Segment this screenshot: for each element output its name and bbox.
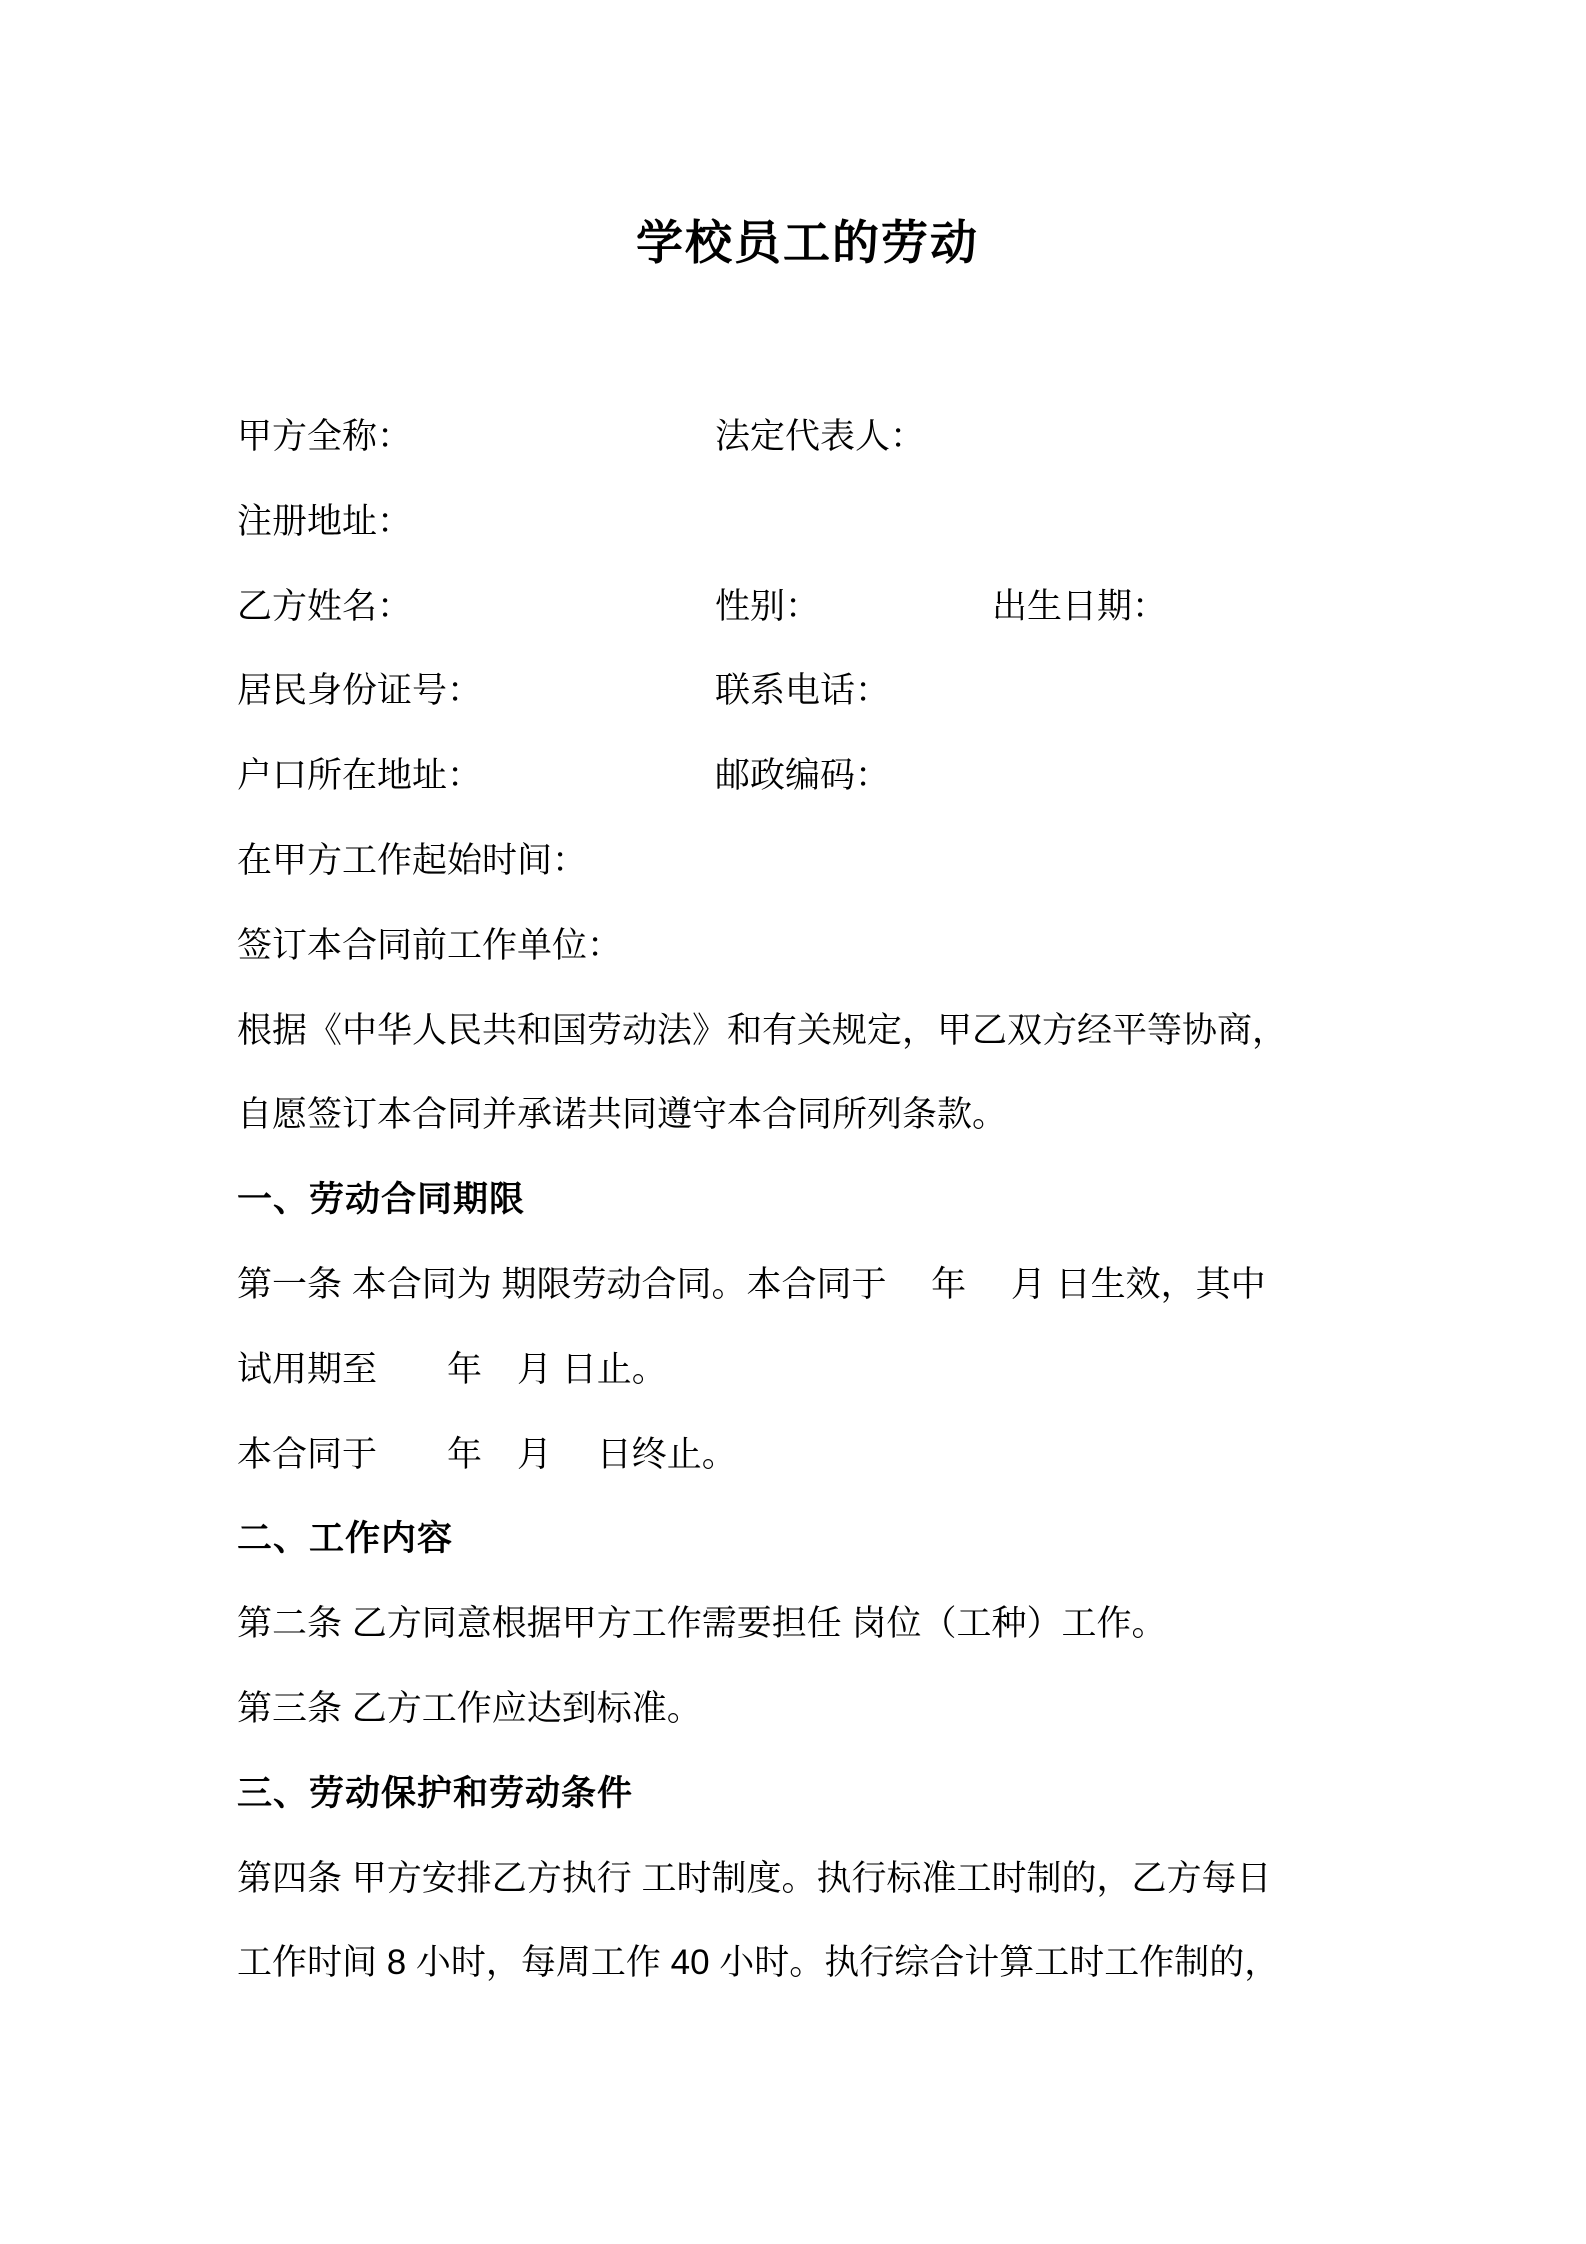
form-row-previous-employer: 签订本合同前工作单位： [237, 904, 1378, 989]
form-row-id-number: 居民身份证号：联系电话： [237, 649, 1378, 734]
field-label: 乙方姓名： [237, 565, 412, 650]
section-heading-1: 一、劳动合同期限 [237, 1158, 1378, 1243]
field-label: 法定代表人： [715, 395, 925, 480]
field-label: 出生日期： [992, 565, 1167, 650]
clause-4-line-2: 工作时间 8 小时，每周工作 40 小时。执行综合计算工时工作制的， [237, 1921, 1378, 2006]
preamble-line-2: 自愿签订本合同并承诺共同遵守本合同所列条款。 [237, 1073, 1378, 1158]
field-label: 居民身份证号： [237, 649, 482, 734]
preamble-line-1: 根据《中华人民共和国劳动法》和有关规定，甲乙双方经平等协商， [237, 989, 1378, 1074]
field-label: 邮政编码： [715, 734, 890, 819]
document-title: 学校员工的劳动 [237, 212, 1378, 274]
clause-1-line-1: 第一条 本合同为 期限劳动合同。本合同于 年 月 日生效，其中 [237, 1243, 1378, 1328]
clause-1-line-3: 本合同于 年 月 日终止。 [237, 1413, 1378, 1498]
field-label: 签订本合同前工作单位： [237, 904, 622, 989]
section-heading-2: 二、工作内容 [237, 1497, 1378, 1582]
section-heading-3: 三、劳动保护和劳动条件 [237, 1752, 1378, 1837]
field-label: 联系电话： [715, 649, 890, 734]
form-row-work-start-time: 在甲方工作起始时间： [237, 819, 1378, 904]
form-row-household-address: 户口所在地址：邮政编码： [237, 734, 1378, 819]
clause-4-line-1: 第四条 甲方安排乙方执行 工时制度。执行标准工时制的，乙方每日 [237, 1837, 1378, 1922]
field-label: 注册地址： [237, 480, 412, 565]
contract-document: 学校员工的劳动 甲方全称：法定代表人：注册地址：乙方姓名：性别：出生日期：居民身… [237, 0, 1378, 2006]
document-page: 学校员工的劳动 甲方全称：法定代表人：注册地址：乙方姓名：性别：出生日期：居民身… [0, 0, 1586, 2244]
form-row-party-a: 甲方全称：法定代表人： [237, 395, 1378, 480]
field-label: 户口所在地址： [237, 734, 482, 819]
form-row-registered-address: 注册地址： [237, 480, 1378, 565]
clause-1-line-2: 试用期至 年 月 日止。 [237, 1328, 1378, 1413]
clause-3-line-1: 第三条 乙方工作应达到标准。 [237, 1667, 1378, 1752]
form-row-party-b: 乙方姓名：性别：出生日期： [237, 565, 1378, 650]
clause-2-line-1: 第二条 乙方同意根据甲方工作需要担任 岗位（工种）工作。 [237, 1582, 1378, 1667]
field-label: 在甲方工作起始时间： [237, 819, 587, 904]
document-body: 甲方全称：法定代表人：注册地址：乙方姓名：性别：出生日期：居民身份证号：联系电话… [237, 395, 1378, 2006]
field-label: 性别： [715, 565, 820, 650]
field-label: 甲方全称： [237, 395, 412, 480]
